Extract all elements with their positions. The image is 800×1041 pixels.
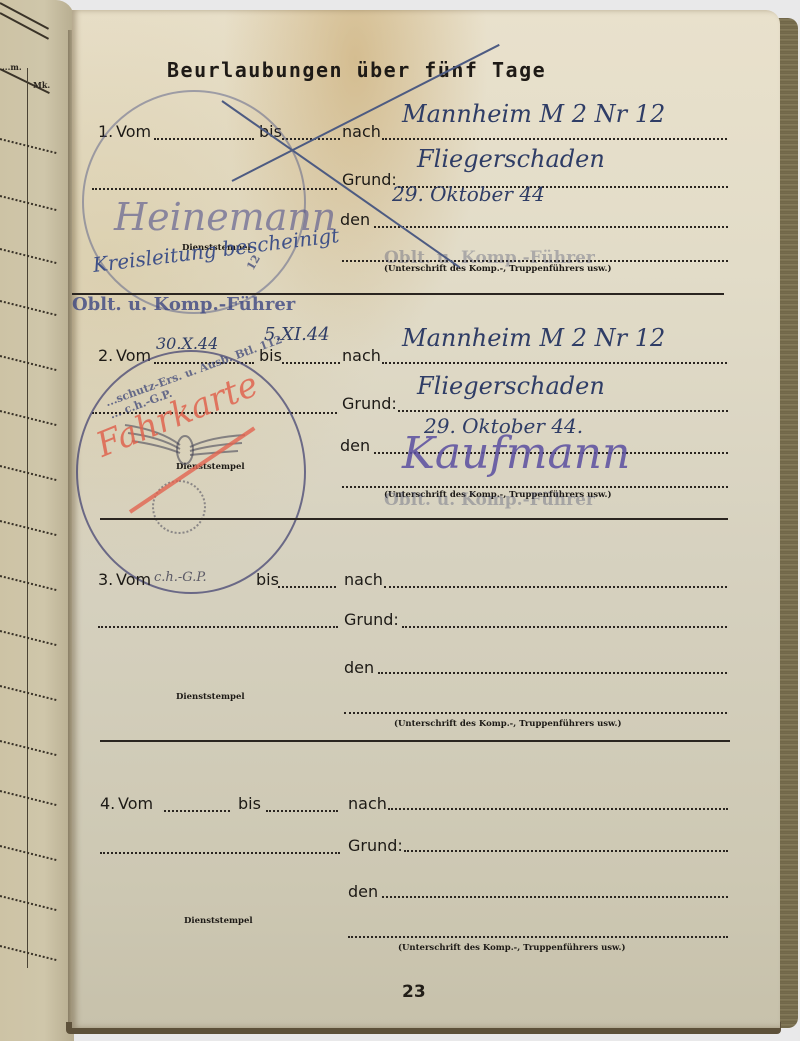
reason-label: Grund:	[342, 170, 397, 189]
service-stamp-label: Dienststempel	[176, 692, 245, 702]
left-header-col1: ...m.	[2, 62, 22, 72]
to-label: nach	[342, 122, 381, 141]
section-divider	[100, 518, 728, 520]
from-label: Vom	[116, 570, 151, 589]
section-divider	[100, 740, 730, 742]
to-label: nach	[342, 346, 381, 365]
on-label: den	[344, 658, 374, 677]
left-dotted-line	[0, 300, 57, 316]
destination-value: Mannheim M 2 Nr 12	[402, 324, 665, 352]
document-page: Beurlaubungen über fünf Tage 1. Vom bis …	[72, 10, 780, 1028]
left-dotted-line	[0, 248, 57, 264]
reason-label: Grund:	[342, 394, 397, 413]
rank-stamp-faded: Oblt. u. Komp.-Führer	[384, 248, 595, 268]
page-number: 23	[402, 982, 426, 1002]
photo-scene: ...m. Mk. Beurlaubungen über fünf Tage 1…	[0, 0, 800, 1041]
until-label: bis	[238, 794, 261, 813]
left-dotted-line	[0, 630, 57, 646]
destination-field[interactable]	[382, 362, 727, 364]
left-dotted-line	[0, 685, 57, 701]
entry-number: 4.	[100, 794, 115, 813]
date-field[interactable]	[382, 896, 728, 898]
continuation-line	[98, 626, 338, 628]
signature-value: Kaufmann	[402, 428, 630, 479]
until-field[interactable]	[266, 810, 338, 812]
from-field[interactable]	[164, 810, 230, 812]
reason-field[interactable]	[398, 410, 728, 412]
service-stamp-label: Dienststempel	[184, 916, 253, 926]
reason-value: Fliegerschaden	[417, 372, 605, 400]
reason-field[interactable]	[404, 850, 728, 852]
reason-label: Grund:	[344, 610, 399, 629]
left-dotted-line	[0, 845, 57, 861]
left-dotted-line	[0, 790, 57, 806]
entry-number: 3.	[98, 570, 113, 589]
reason-label: Grund:	[348, 836, 403, 855]
from-label: Vom	[118, 794, 153, 813]
left-dotted-line	[0, 575, 57, 591]
destination-field[interactable]	[384, 586, 727, 588]
continuation-line	[100, 852, 340, 854]
on-label: den	[340, 436, 370, 455]
date-value: 29. Oktober 44	[392, 182, 545, 206]
left-dotted-line	[0, 355, 57, 371]
destination-value: Mannheim M 2 Nr 12	[402, 100, 665, 128]
left-dotted-line	[0, 410, 57, 426]
date-field[interactable]	[378, 672, 727, 674]
left-dotted-line	[0, 895, 57, 911]
until-label: bis	[256, 570, 279, 589]
rank-stamp-faded: Oblt. u. Komp.-Führer	[384, 490, 595, 510]
left-dotted-line	[0, 740, 57, 756]
reason-field[interactable]	[402, 626, 727, 628]
on-label: den	[348, 882, 378, 901]
left-page: ...m. Mk.	[0, 0, 74, 1041]
signature-caption: (Unterschrift des Komp.-, Truppenführers…	[394, 719, 622, 729]
left-dotted-line	[0, 465, 57, 481]
signature-field[interactable]	[342, 486, 728, 488]
to-label: nach	[344, 570, 383, 589]
date-field[interactable]	[374, 226, 728, 228]
left-header-col2: Mk.	[33, 80, 50, 90]
until-field[interactable]	[282, 362, 340, 364]
left-dotted-line	[0, 195, 57, 211]
signature-caption: (Unterschrift des Komp.-, Truppenführers…	[398, 943, 626, 953]
destination-field[interactable]	[382, 138, 727, 140]
page-title: Beurlaubungen über fünf Tage	[167, 58, 687, 82]
on-label: den	[340, 210, 370, 229]
left-dotted-line	[0, 945, 57, 961]
rank-stamp: Oblt. u. Komp.-Führer	[72, 294, 295, 315]
until-field[interactable]	[278, 586, 336, 588]
reason-value: Fliegerschaden	[417, 145, 605, 173]
entry-number: 2.	[98, 346, 113, 365]
left-dotted-line	[0, 520, 57, 536]
from-value: c.h.-G.P.	[154, 570, 207, 585]
to-label: nach	[348, 794, 387, 813]
signature-field[interactable]	[348, 936, 728, 938]
signature-field[interactable]	[344, 712, 727, 714]
destination-field[interactable]	[388, 808, 728, 810]
left-dotted-line	[0, 138, 57, 154]
